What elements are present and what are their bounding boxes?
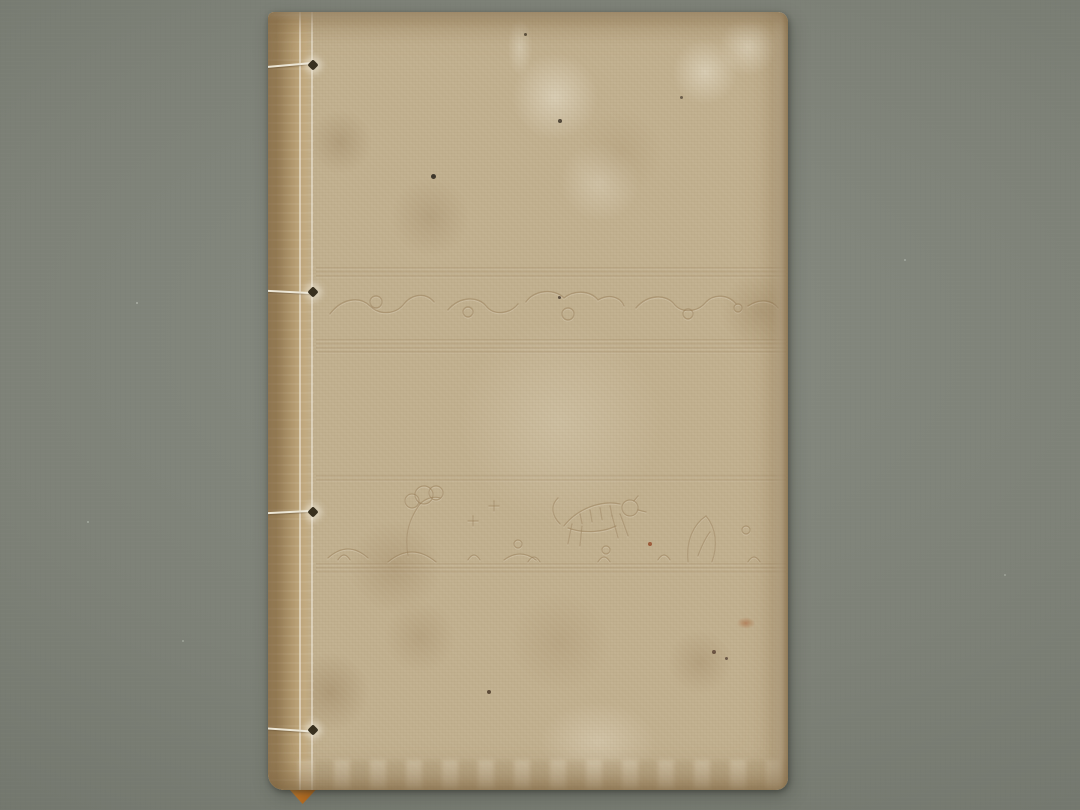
speck <box>558 119 562 123</box>
tree-motif <box>388 486 443 562</box>
speck <box>680 96 683 99</box>
stain <box>545 127 655 237</box>
speck <box>431 174 436 179</box>
rock-bush-motif <box>688 516 716 562</box>
binding-stitch <box>268 505 318 519</box>
stain <box>375 162 485 272</box>
speck <box>524 33 527 36</box>
binding-hole <box>307 506 318 517</box>
tiger-motif <box>553 496 646 546</box>
stain <box>660 27 750 117</box>
binding-hole <box>307 286 318 297</box>
stain <box>733 615 759 631</box>
speck <box>904 259 906 261</box>
ruled-lines <box>316 476 786 572</box>
binding-hole <box>307 59 318 70</box>
speck <box>1004 574 1006 576</box>
speck <box>182 640 184 642</box>
binding-stitch <box>268 723 318 737</box>
speck <box>87 521 89 523</box>
embossed-tiger-landscape-icon <box>268 470 788 574</box>
binding-hole <box>307 724 318 735</box>
speck <box>712 650 716 654</box>
spine-fold-line <box>311 12 313 790</box>
grass-motif <box>328 549 760 562</box>
spine-crease-line <box>299 12 301 790</box>
speck <box>136 302 138 304</box>
cover-shading <box>268 12 788 790</box>
book-cover <box>268 12 788 790</box>
binding-stitch <box>268 285 318 299</box>
paper-texture <box>268 12 788 790</box>
bottom-edge-wear <box>298 760 788 790</box>
embossed-band-scroll <box>268 262 788 354</box>
spine <box>268 12 314 790</box>
speck <box>725 657 728 660</box>
stain <box>370 587 470 687</box>
flower-motif <box>468 501 750 554</box>
stain <box>503 12 537 87</box>
ruled-lines <box>316 268 786 352</box>
stain <box>490 572 630 712</box>
photo-surface <box>0 0 1080 810</box>
landscape-pattern <box>328 486 760 562</box>
scroll-vine-pattern <box>330 292 778 320</box>
stain <box>495 37 615 157</box>
binding-stitch <box>268 58 318 72</box>
top-edge-wear <box>268 12 788 21</box>
stain <box>655 617 745 707</box>
right-edge-wear <box>772 12 788 790</box>
embossed-scroll-motif-icon <box>268 262 788 354</box>
stain <box>560 92 680 212</box>
embossed-band-tiger-landscape <box>268 470 788 574</box>
speck <box>487 690 491 694</box>
